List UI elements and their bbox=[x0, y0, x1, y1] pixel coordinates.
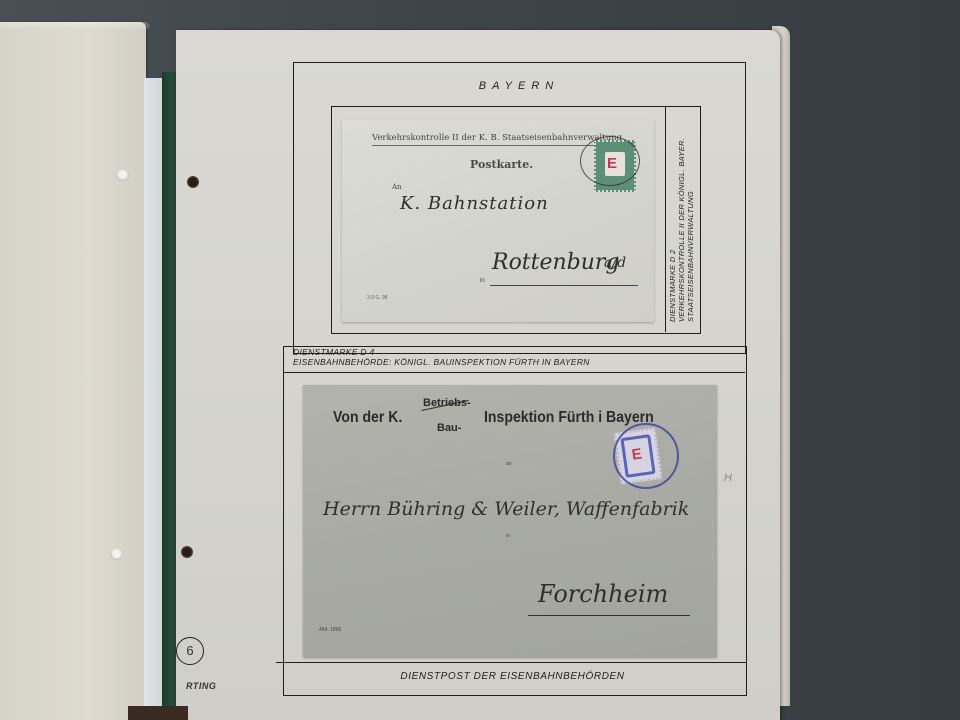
page-number: 6 bbox=[176, 637, 204, 665]
handwritten-address-line1: Herrn Bühring & Weiler, Waffenfabrik bbox=[323, 498, 689, 520]
publisher-brand: RTING bbox=[186, 681, 216, 691]
handwritten-address-line2: Forchheim bbox=[538, 580, 668, 608]
punch-hole bbox=[187, 176, 199, 188]
sender-suffix: Inspektion Fürth i Bayern bbox=[484, 409, 654, 427]
print-code: 3.9 G. 98 bbox=[367, 295, 388, 301]
lower-item-caption: DIENSTMARKE D 4 EISENBAHNBEHÖRDE: KÖNIGL… bbox=[293, 348, 590, 367]
to-label: an bbox=[506, 461, 512, 467]
table-edge bbox=[128, 706, 188, 720]
address-underline bbox=[490, 285, 638, 286]
page-title: BAYERN bbox=[293, 80, 745, 92]
plastic-sheen bbox=[0, 22, 150, 30]
handwritten-address-line2: Rottenburg bbox=[492, 250, 620, 275]
caption-line: EISENBAHNBEHÖRDE: KÖNIGL. BAUINSPEKTION … bbox=[293, 358, 590, 368]
left-album-page bbox=[0, 22, 146, 720]
footer-divider bbox=[276, 662, 746, 663]
postcard-title: Postkarte. bbox=[470, 158, 533, 171]
to-label: An bbox=[392, 183, 402, 191]
sender-inserted-word: Bau- bbox=[437, 422, 461, 434]
punch-hole bbox=[181, 546, 193, 558]
pencil-annotation: H bbox=[724, 472, 732, 484]
page-footer: DIENSTPOST DER EISENBAHNBEHÖRDEN bbox=[280, 671, 745, 682]
postcard: Verkehrskontrolle II der K. B. Staatseis… bbox=[342, 120, 654, 322]
envelope: Von der K. Betriebs- Bau- Inspektion Für… bbox=[303, 385, 717, 657]
postmark-cancel bbox=[613, 423, 679, 489]
print-code: 464. 1896 bbox=[319, 627, 341, 633]
label-line: DIENSTMARKE D 2 bbox=[668, 102, 677, 322]
in-label: in bbox=[506, 533, 510, 539]
handwritten-address-line1: K. Bahnstation bbox=[400, 193, 549, 214]
punch-hole bbox=[116, 170, 129, 181]
side-divider bbox=[665, 106, 666, 332]
in-label: in bbox=[480, 278, 485, 284]
punch-hole bbox=[110, 549, 123, 560]
caption-divider bbox=[283, 372, 745, 373]
sender-prefix: Von der K. bbox=[333, 409, 402, 427]
interleaf-strip bbox=[144, 78, 164, 708]
postmark-cancel bbox=[580, 136, 640, 186]
label-line: VERKEHRSKONTROLLE II DER KÖNIGL. BAYER. bbox=[677, 102, 686, 322]
address-underline bbox=[528, 615, 690, 616]
upper-item-label: DIENSTMARKE D 2 VERKEHRSKONTROLLE II DER… bbox=[668, 102, 698, 322]
handwritten-note: a/d bbox=[604, 255, 626, 271]
label-line: STAATSEISENBAHNVERWALTUNG bbox=[686, 102, 695, 322]
